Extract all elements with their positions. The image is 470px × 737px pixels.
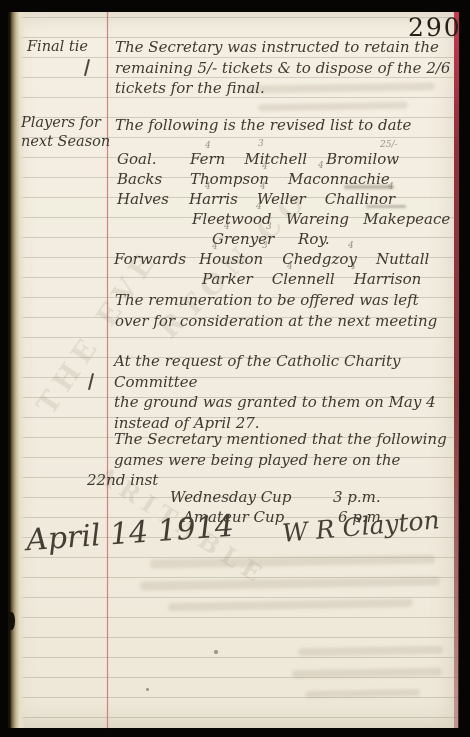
pencil-annotation: 25/- xyxy=(380,140,398,150)
ink-blot xyxy=(8,612,15,630)
upcoming-games-date-line: 22nd inst xyxy=(87,470,158,491)
roster-names: Harris Weller Challinor xyxy=(189,190,395,208)
pencil-annotation: 4 xyxy=(262,162,268,172)
pencil-annotation: 3 xyxy=(258,139,264,149)
pencil-annotation: 4 xyxy=(256,202,262,212)
pencil-annotation: 4 xyxy=(350,262,356,272)
roster-names: Parker Clennell Harrison xyxy=(202,270,421,288)
roster-names: Fern Mitchell Bromilow xyxy=(190,150,399,168)
minute-paragraph-final-tie: The Secretary was instructed to retain t… xyxy=(115,37,463,99)
pencil-annotation: 4 xyxy=(287,262,293,272)
roster-intro-line: The following is the revised list to dat… xyxy=(115,115,463,136)
pencil-annotation: 4 xyxy=(260,182,266,192)
pencil-annotation: 4 xyxy=(318,161,324,171)
margin-heading-final-tie: Final tie xyxy=(27,38,88,57)
roster-names: Houston Chedgzoy Nuttall xyxy=(199,250,429,268)
paper-speck xyxy=(146,688,149,691)
pencil-annotation: 3 xyxy=(262,241,268,251)
minute-paragraph-catholic-charity: At the request of the Catholic Charity C… xyxy=(114,351,464,433)
pencil-smudge xyxy=(366,205,406,208)
roster-position-label: Backs xyxy=(117,170,162,188)
pencil-annotation: 3 xyxy=(266,222,272,232)
minute-book-page-scan: THE EVE RTON CO ARITABLE 290 Final tie T… xyxy=(0,0,470,737)
fixture-label: Wednesday Cup xyxy=(170,488,291,506)
margin-heading-players: Players for next Season xyxy=(21,114,110,152)
pencil-annotation: 4 xyxy=(212,242,218,252)
roster-position-label: Forwards xyxy=(114,250,186,268)
minute-paragraph-upcoming-games: The Secretary mentioned that the followi… xyxy=(114,429,464,470)
pencil-annotation: 4 xyxy=(205,182,211,192)
pencil-annotation: 4 xyxy=(224,222,230,232)
roster-position-label: Goal. xyxy=(117,150,157,168)
pencil-annotation: 4 xyxy=(348,241,354,251)
roster-names: Grenyer Roy. xyxy=(212,230,330,248)
pencil-smudge xyxy=(344,185,394,189)
roster-position-label: Halves xyxy=(117,190,169,208)
pencil-annotation: 4 xyxy=(205,141,211,151)
paper-speck xyxy=(214,650,218,654)
roster-names: Fleetwood Wareing Makepeace xyxy=(192,210,450,228)
fixture-time: 3 p.m. xyxy=(333,488,381,506)
minute-paragraph-remuneration: The remuneration to be offered was left … xyxy=(115,290,463,331)
